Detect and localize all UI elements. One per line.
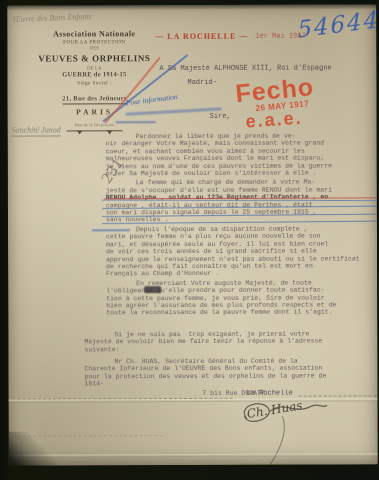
file-number: 54644 [297,7,377,44]
pencil-margin-note: Sanchité Junod [12,125,61,136]
letter-line: 1914- [85,380,378,388]
letter-date: 1er Mai 1917 [255,33,305,41]
letter-paper: Œuvre des Bons Enfants 54644 Association… [7,4,378,465]
dotted-rule [299,395,377,396]
letter-line: suivante: [84,345,377,353]
fecho-stamp-code: e.a.e. [245,108,303,133]
blue-crayon-stroke [116,121,156,123]
letter-line: Français au Champ d'Honneur . [106,270,378,278]
recipient-city: Madrid- [187,79,216,87]
pencil-corner-note: Œuvre des Bons Enfants [13,12,92,24]
letter-line: prier Sa Majesté de vouloir bien s'intér… [106,169,378,177]
recipient-line: A Sa Majesté ALPHONSE XIII, Roi d'Espagn… [159,65,331,74]
paper-edge-shadow [7,4,376,10]
letter-body: Pardonnez la liberté que je prends de ve… [106,132,378,397]
letterhead-org-name: Association Nationale [29,29,159,38]
paper-corner-shadow [9,431,64,465]
salutation: Sire, [210,113,231,121]
red-crayon-curve [87,50,177,130]
letter-place: — LA ROCHELLE — [155,32,248,41]
letter-line: toute la reconnaissance de la pauvre fem… [106,309,378,317]
letter-line: sans nouvelles . [106,216,378,224]
